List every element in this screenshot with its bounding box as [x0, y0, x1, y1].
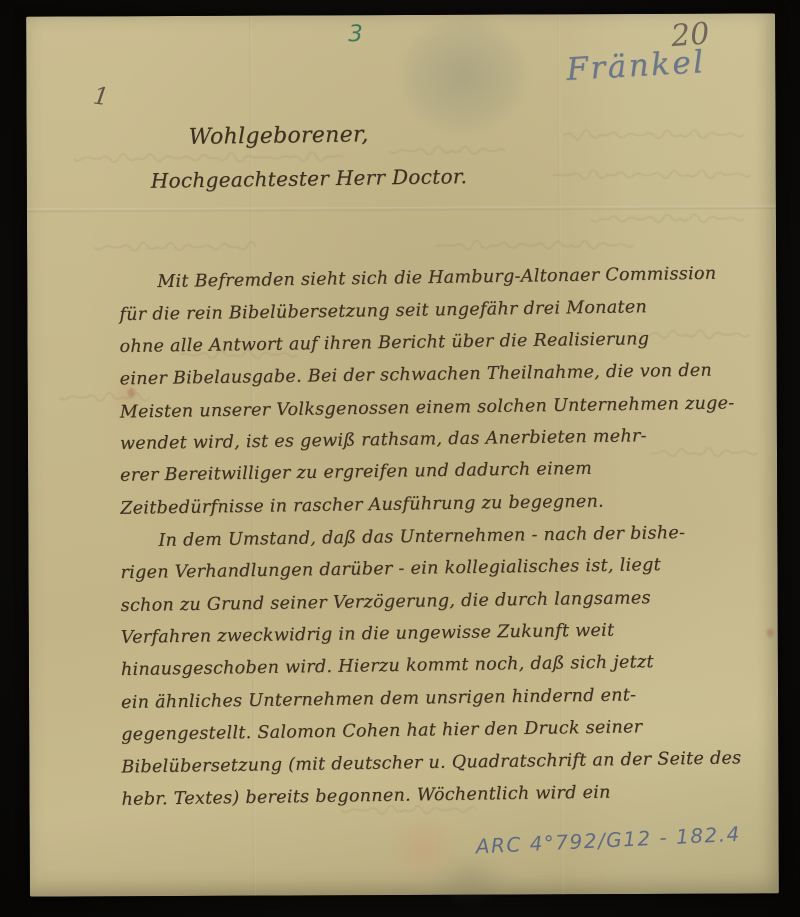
photograph-background: 1 3 20 Fränkel ARC 4°792/G12 - 182.4 Woh… [0, 0, 800, 917]
salutation-line: Hochgeachtester Herr Doctor. [151, 164, 468, 193]
ghost-line [74, 148, 344, 167]
manuscript-line: Verfahren zweckwidrig in die ungewisse Z… [121, 620, 615, 647]
manuscript-line: einer Bibelausgabe. Bei der schwachen Th… [120, 361, 713, 390]
manuscript-line: für die rein Bibelübersetzung seit ungef… [119, 297, 647, 325]
manuscript-line: wendet wird, ist es gewiß rathsam, das A… [120, 426, 647, 454]
ghost-line [589, 210, 744, 229]
manuscript-line: hebr. Textes) bereits begonnen. Wöchentl… [121, 783, 610, 810]
manuscript-line: schon zu Grund seiner Verzögerung, die d… [121, 588, 651, 616]
letter-page: 1 3 20 Fränkel ARC 4°792/G12 - 182.4 Woh… [26, 13, 779, 896]
manuscript-line: erer Bereitwilliger zu ergreifen und dad… [120, 459, 592, 486]
rust-stain-bottom [388, 813, 460, 885]
manuscript-line: ein ähnliches Unternehmen dem unsrigen h… [121, 685, 636, 713]
ghost-line [389, 142, 509, 161]
manuscript-line: Meisten unserer Volksgenossen einem solc… [120, 393, 735, 422]
ghost-line [648, 443, 758, 461]
ghost-line [551, 165, 751, 184]
smudge-stain-bottom [430, 853, 510, 905]
manuscript-line: hinausgeschoben wird. Hierzu kommt noch,… [121, 652, 654, 680]
manuscript-line: gegengestellt. Salomon Cohen hat hier de… [121, 717, 642, 745]
name-annotation-fraenkel: Fränkel [565, 44, 706, 88]
paper-speck [767, 628, 774, 637]
ghost-line [559, 126, 744, 145]
ghost-line [94, 238, 259, 257]
pencil-page-number: 1 [92, 81, 111, 111]
manuscript-line: Mit Befremden sieht sich die Hamburg-Alt… [157, 264, 716, 292]
gray-stain-top [398, 16, 529, 135]
manuscript-line: In dem Umstand, daß das Unternehmen - na… [158, 523, 685, 551]
salutation-line: Wohlgeborener, [188, 122, 368, 150]
bleedthrough-ghost-writing [26, 13, 775, 16]
manuscript-line: Bibelübersetzung (mit deutscher u. Quadr… [121, 748, 741, 777]
manuscript-line: ohne alle Antwort auf ihren Bericht über… [119, 329, 649, 357]
green-folio-number: 3 [348, 21, 363, 47]
manuscript-line: Zeitbedürfnisse in rascher Ausführung zu… [120, 492, 604, 519]
archive-reference: ARC 4°792/G12 - 182.4 [475, 822, 741, 859]
manuscript-line: rigen Verhandlungen darüber - ein kolleg… [120, 555, 661, 583]
ghost-line [429, 236, 634, 255]
